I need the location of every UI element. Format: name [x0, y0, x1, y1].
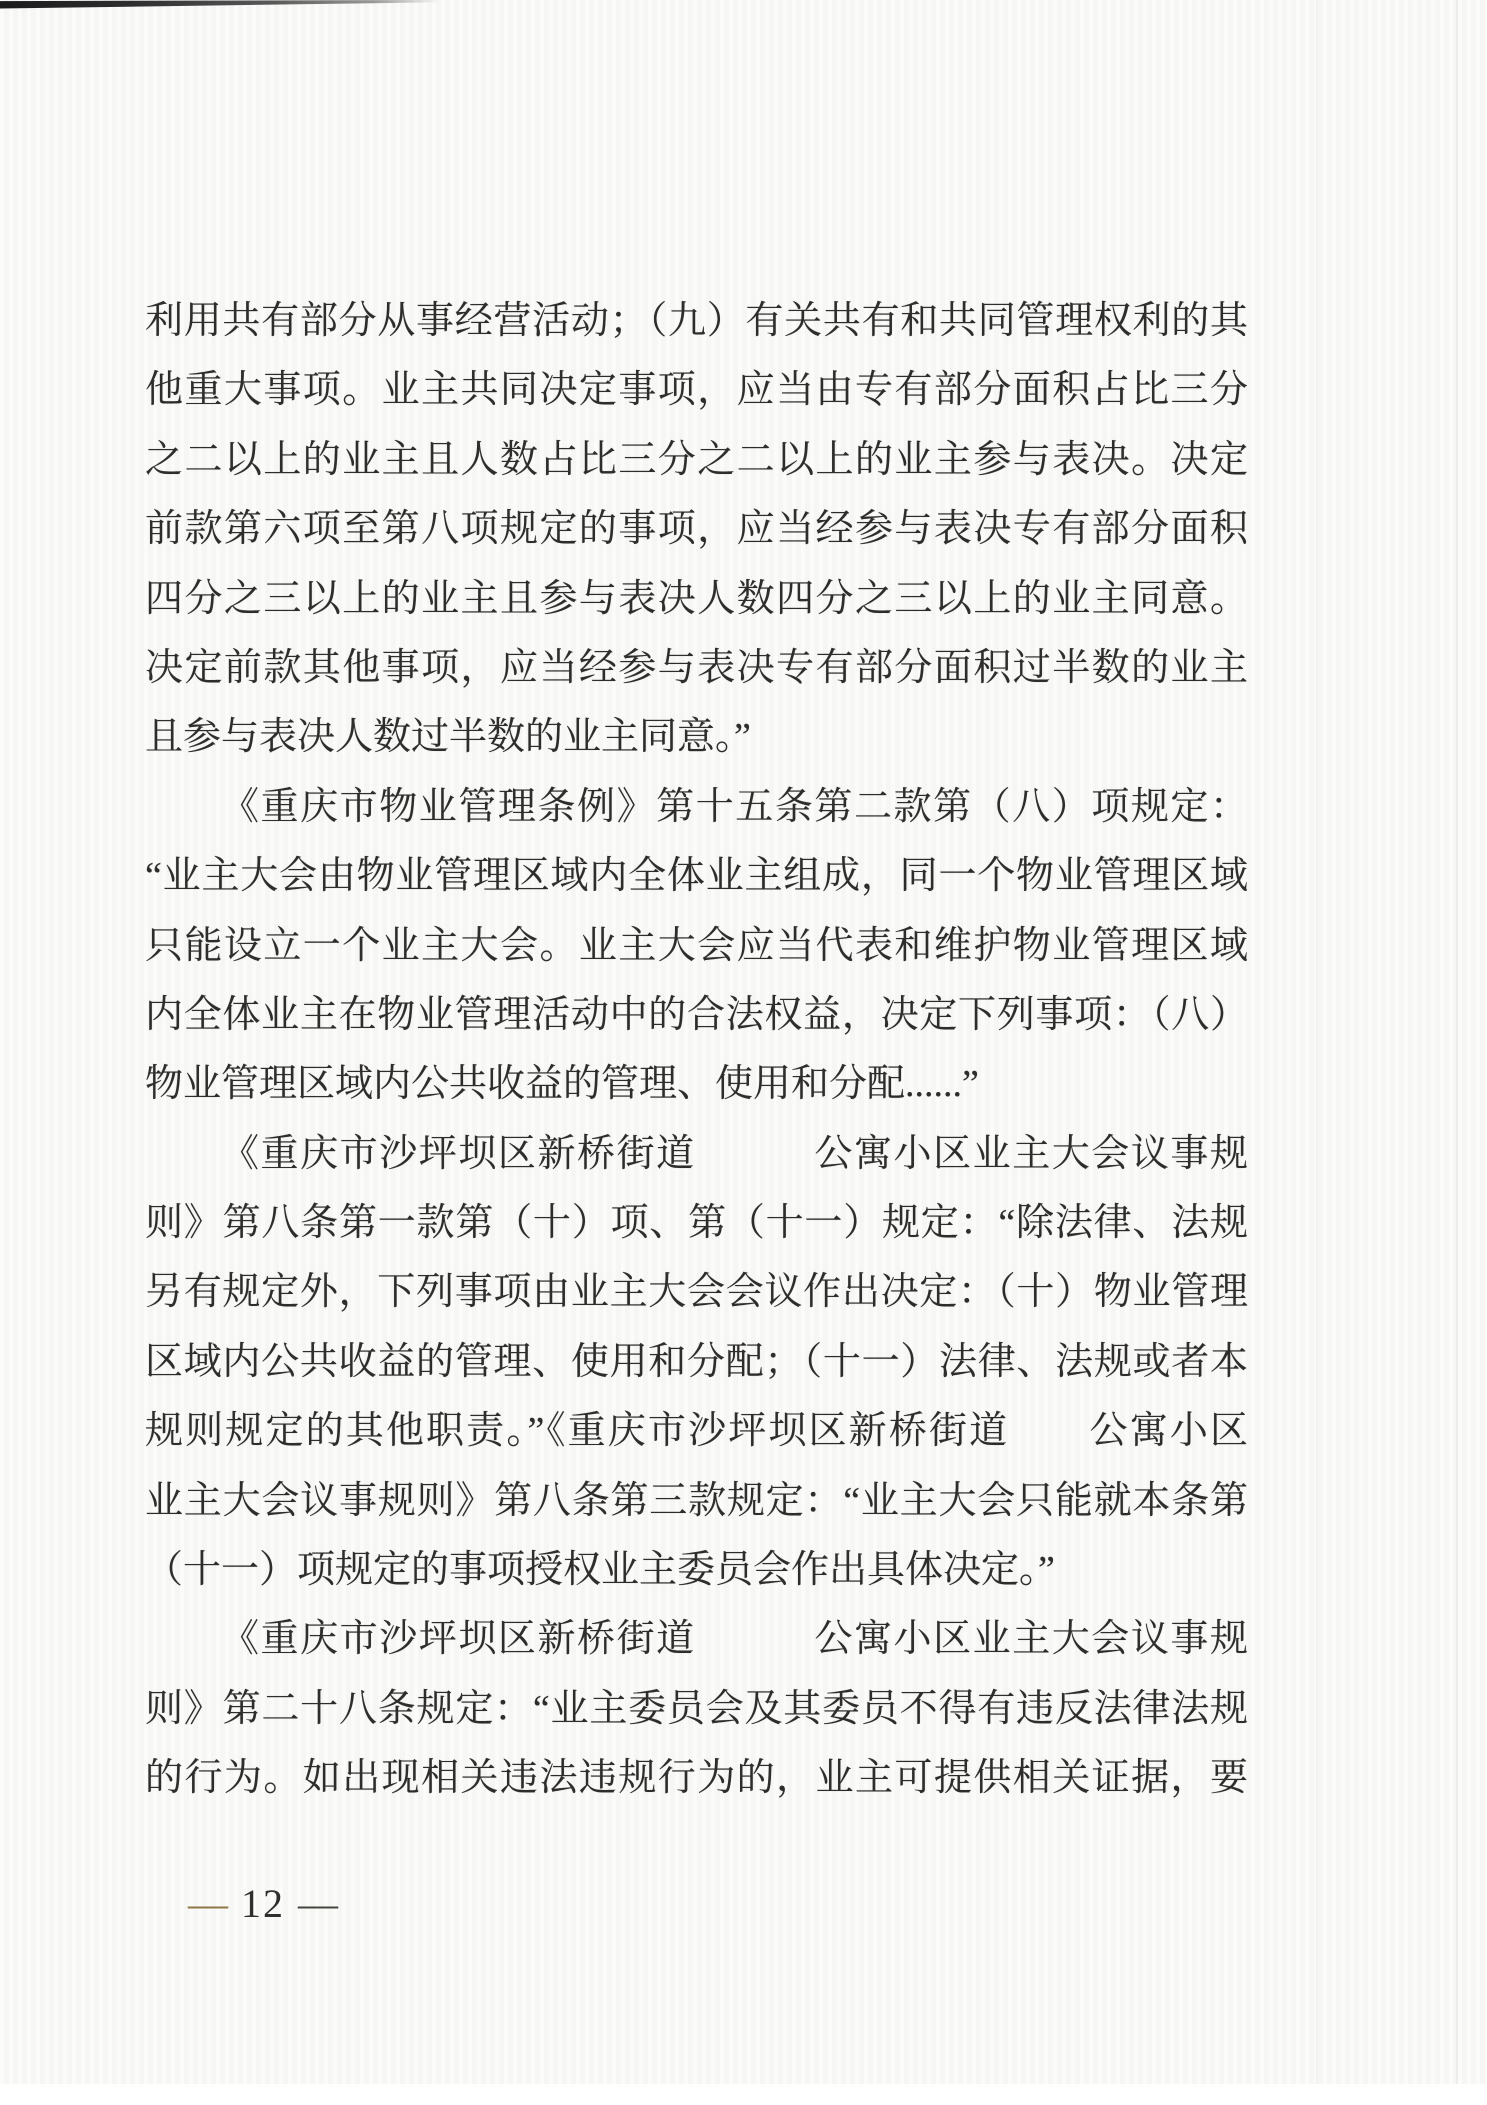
text-line: 物业管理区域内公共收益的管理、使用和分配......”	[145, 1050, 1248, 1119]
page-number-dash-right: —	[298, 1881, 338, 1926]
scanner-streak	[1456, 0, 1458, 2085]
page-number-dash-left: —	[188, 1881, 228, 1926]
text-line: 他重大事项。业主共同决定事项，应当由专有部分面积占比三分	[145, 356, 1248, 425]
page-number: —12—	[188, 1884, 338, 1924]
text-line: 内全体业主在物业管理活动中的合法权益，决定下列事项：（八）	[145, 981, 1248, 1050]
text-line: 前款第六项至第八项规定的事项，应当经参与表决专有部分面积	[145, 495, 1248, 564]
text-line: 四分之三以上的业主且参与表决人数四分之三以上的业主同意。	[145, 565, 1248, 634]
text-line: 《重庆市沙坪坝区新桥街道 公寓小区业主大会议事规	[145, 1120, 1248, 1189]
text-line: 业主大会议事规则》第八条第三款规定：“业主大会只能就本条第	[145, 1467, 1248, 1536]
document-body: 利用共有部分从事经营活动；（九）有关共有和共同管理权利的其 他重大事项。业主共同…	[145, 287, 1248, 1814]
text-line: “业主大会由物业管理区域内全体业主组成，同一个物业管理区域	[145, 842, 1248, 911]
text-line: 利用共有部分从事经营活动；（九）有关共有和共同管理权利的其	[145, 287, 1248, 356]
text-line: 且参与表决人数过半数的业主同意。”	[145, 703, 1248, 772]
text-line: 另有规定外，下列事项由业主大会会议作出决定：（十）物业管理	[145, 1258, 1248, 1327]
text-line: 区域内公共收益的管理、使用和分配；（十一）法律、法规或者本	[145, 1328, 1248, 1397]
text-line: 规则规定的其他职责。”《重庆市沙坪坝区新桥街道 公寓小区	[145, 1397, 1248, 1466]
scan-edge-artifact	[0, 0, 440, 9]
scanner-streak	[1316, 0, 1318, 2085]
text-line: 则》第二十八条规定：“业主委员会及其委员不得有违反法律法规	[145, 1675, 1248, 1744]
text-line: 《重庆市物业管理条例》第十五条第二款第（八）项规定：	[145, 773, 1248, 842]
text-line: 决定前款其他事项，应当经参与表决专有部分面积过半数的业主	[145, 634, 1248, 703]
page-number-value: 12	[241, 1881, 285, 1926]
text-line: （十一）项规定的事项授权业主委员会作出具体决定。”	[145, 1536, 1248, 1605]
text-line: 《重庆市沙坪坝区新桥街道 公寓小区业主大会议事规	[145, 1605, 1248, 1674]
text-line: 之二以上的业主且人数占比三分之二以上的业主参与表决。决定	[145, 426, 1248, 495]
text-line: 只能设立一个业主大会。业主大会应当代表和维护物业管理区域	[145, 912, 1248, 981]
text-line: 的行为。如出现相关违法违规行为的，业主可提供相关证据，要	[145, 1744, 1248, 1813]
text-line: 则》第八条第一款第（十）项、第（十一）规定：“除法律、法规	[145, 1189, 1248, 1258]
scanned-document-page: 利用共有部分从事经营活动；（九）有关共有和共同管理权利的其 他重大事项。业主共同…	[0, 0, 1487, 2105]
scan-bottom-edge	[0, 2084, 1487, 2105]
